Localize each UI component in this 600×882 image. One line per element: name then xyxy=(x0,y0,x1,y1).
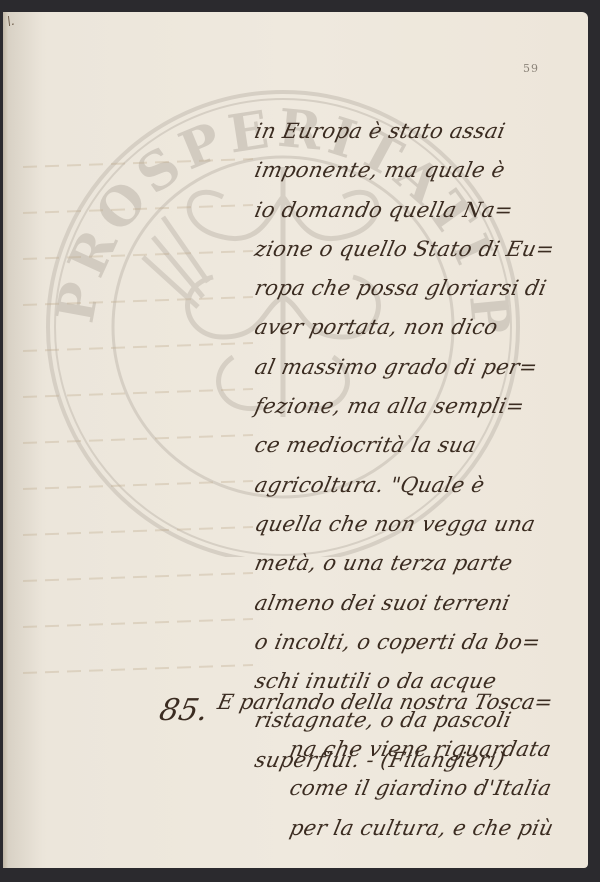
paragraph-number: 85. xyxy=(156,693,211,728)
text-line: na che viene riguardata xyxy=(286,730,594,769)
paragraph-first-line: E parlando della nostra Tosca= xyxy=(215,690,554,714)
text-line: aver portata, non dico xyxy=(251,308,589,347)
page-number: 59 xyxy=(523,62,539,75)
text-line: al massimo grado di per= xyxy=(251,348,589,387)
handwritten-text-block: in Europa è stato assai imponente, ma qu… xyxy=(255,112,585,780)
text-line: metà, o una terza parte xyxy=(251,544,589,583)
text-line: per la cultura, e che più xyxy=(286,809,594,848)
paragraph-text-block: na che viene riguardata come il giardino… xyxy=(290,730,590,848)
text-line: fezione, ma alla sempli= xyxy=(251,387,589,426)
text-line: ce mediocrità la sua xyxy=(251,426,589,465)
text-line: come il giardino d'Italia xyxy=(286,769,594,808)
page-left-edge xyxy=(3,12,8,868)
text-line: o incolti, o coperti da bo= xyxy=(251,623,589,662)
text-line: agricoltura. "Quale è xyxy=(251,466,589,505)
ink-bleed-through xyxy=(23,162,253,722)
text-line: io domando quella Na= xyxy=(251,191,589,230)
text-line: zione o quello Stato di Eu= xyxy=(251,230,589,269)
text-line: imponente, ma quale è xyxy=(251,151,589,190)
text-line: quella che non vegga una xyxy=(251,505,589,544)
binding-shadow xyxy=(3,12,43,868)
text-line: ropa che possa gloriarsi di xyxy=(251,269,589,308)
corner-mark: \. xyxy=(7,14,15,28)
text-line: in Europa è stato assai xyxy=(251,112,589,151)
text-line: almeno dei suoi terreni xyxy=(251,584,589,623)
